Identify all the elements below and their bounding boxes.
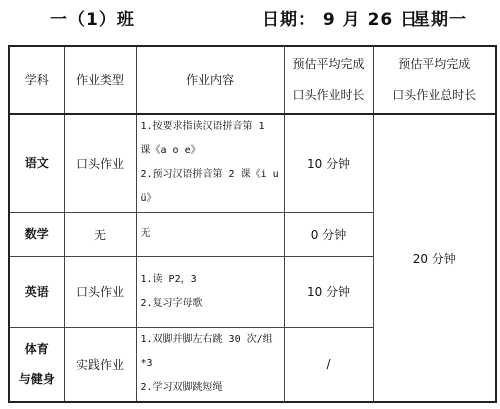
content-cell: 1.双脚并脚左右跳 30 次/组 *3 2.学习双脚跳短绳 [136,327,284,402]
time-cell: / [284,327,373,402]
content-line: *3 [141,352,284,376]
content-cell: 1.读 P2，3 2.复习字母歌 [136,256,284,327]
subject-cell: 英语 [9,256,64,327]
content-line: 1.按要求指读汉语拼音第 1 [141,115,284,139]
table-row: 语文 口头作业 1.按要求指读汉语拼音第 1 课《a o e》 2.预习汉语拼音… [9,114,496,212]
content-line: 1.读 P2，3 [141,268,284,292]
type-cell: 口头作业 [64,256,136,327]
time-cell: 10 分钟 [284,256,373,327]
subject-line2: 与健身 [10,364,64,394]
header-avg-time-line1: 预估平均完成 [285,49,373,80]
class-title: 一（1）班 [50,5,135,30]
type-cell: 实践作业 [64,327,136,402]
content-cell: 无 [136,212,284,256]
header-avg-time-line2: 口头作业时长 [285,80,373,111]
subject-cell: 数学 [9,212,64,256]
content-line: 2.复习字母歌 [141,292,284,316]
type-cell: 口头作业 [64,114,136,212]
weekday-label: 星期一 [413,5,467,30]
subject-line1: 体育 [10,334,64,364]
date-label: 日期： 9 月 26 日 [262,5,418,30]
type-cell: 无 [64,212,136,256]
content-line: 1.双脚并脚左右跳 30 次/组 [141,328,284,352]
time-cell: 10 分钟 [284,114,373,212]
homework-table: 学科 作业类型 作业内容 预估平均完成 口头作业时长 预估平均完成 口头作业总时… [8,45,497,403]
content-line: 课《a o e》 [141,139,284,163]
subject-cell: 语文 [9,114,64,212]
header-subject: 学科 [9,46,64,114]
header-avg-time: 预估平均完成 口头作业时长 [284,46,373,114]
time-cell: 0 分钟 [284,212,373,256]
header-total-time: 预估平均完成 口头作业总时长 [373,46,496,114]
header-content: 作业内容 [136,46,284,114]
header-type: 作业类型 [64,46,136,114]
content-line: 无 [141,222,284,246]
subject-cell: 体育 与健身 [9,327,64,402]
content-line: 2.学习双脚跳短绳 [141,376,284,400]
header-total-time-line2: 口头作业总时长 [374,80,496,111]
content-line: 2.预习汉语拼音第 2 课《i u [141,163,284,187]
content-cell: 1.按要求指读汉语拼音第 1 课《a o e》 2.预习汉语拼音第 2 课《i … [136,114,284,212]
header-total-time-line1: 预估平均完成 [374,49,496,80]
total-time-cell: 20 分钟 [373,114,496,402]
content-line: ü》 [141,187,284,211]
table-header-row: 学科 作业类型 作业内容 预估平均完成 口头作业时长 预估平均完成 口头作业总时… [9,46,496,114]
